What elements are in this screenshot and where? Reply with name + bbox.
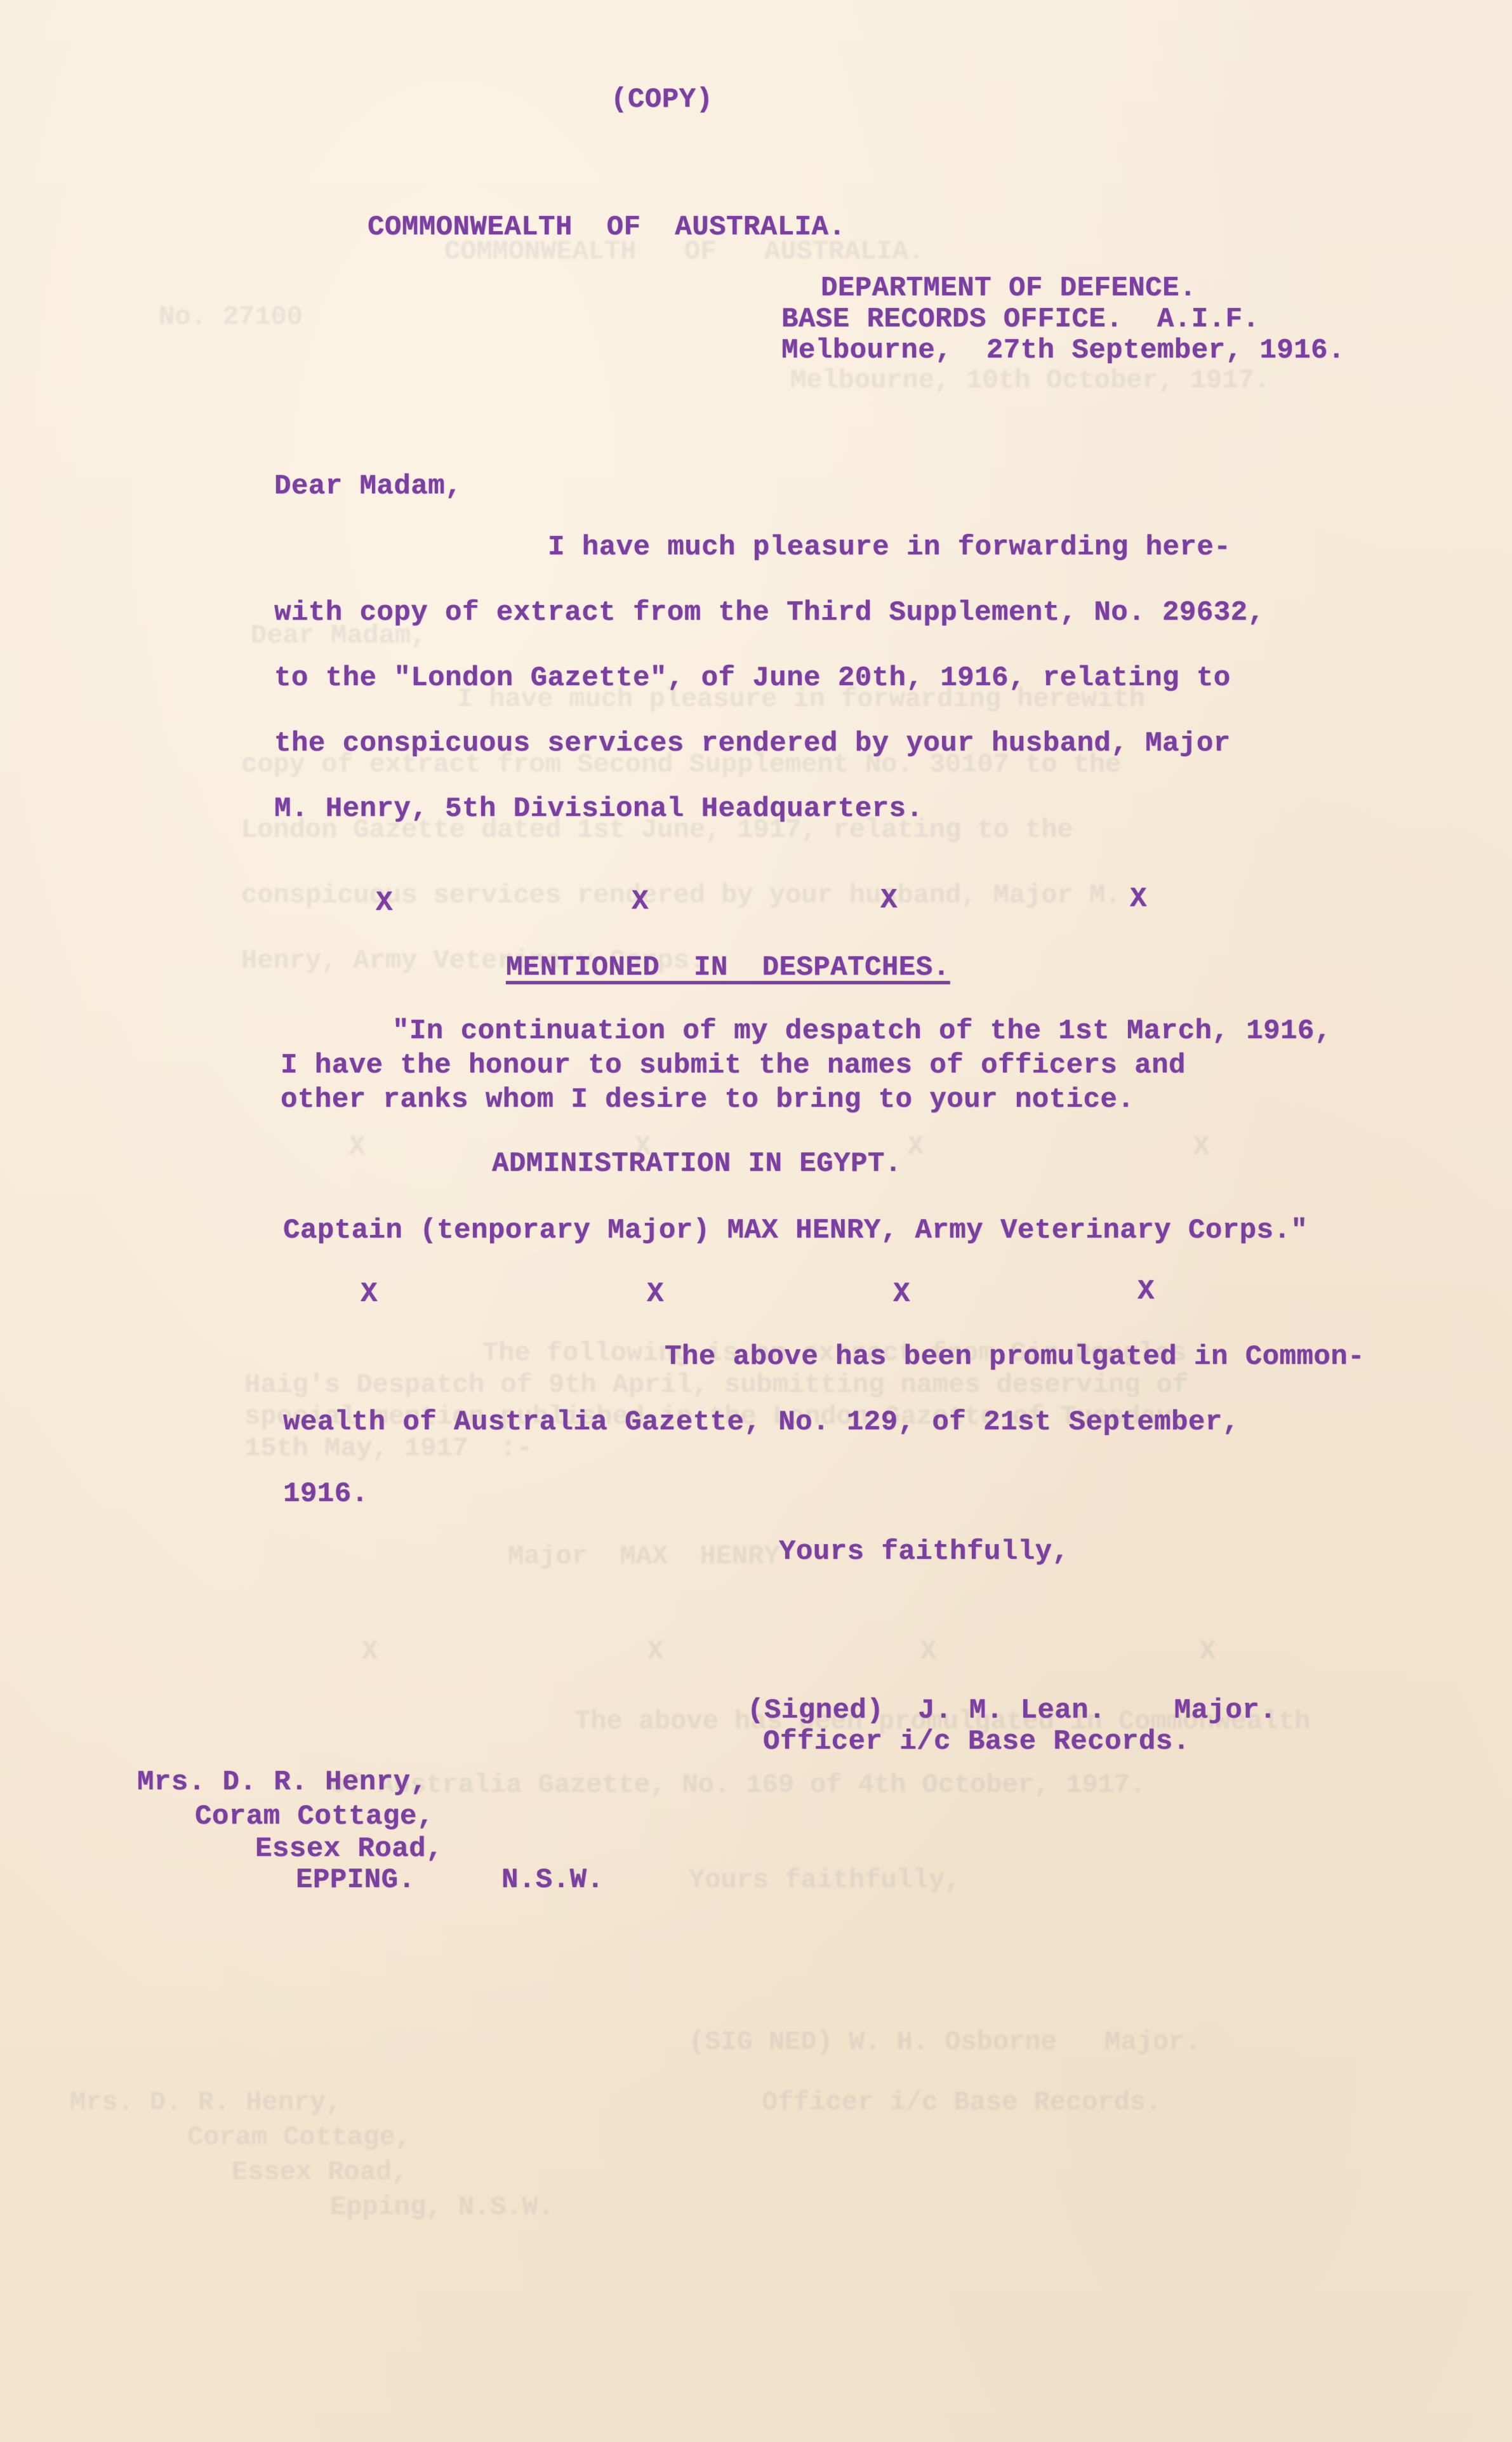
salutation: Dear Madam, <box>274 472 462 500</box>
section-heading: MENTIONED IN DESPATCHES. <box>506 954 950 982</box>
ghost-signed: (SIG NED) W. H. Osborne Major. <box>689 2029 1201 2055</box>
ghost-line-4: conspicuous services rendered by your hu… <box>241 882 1121 909</box>
quote-line-1: "In continuation of my despatch of the 1… <box>392 1017 1332 1045</box>
ghost-mark-1: X <box>349 1133 365 1160</box>
quote-line-2: I have the honour to submit the names of… <box>281 1051 1186 1079</box>
separator-mark: X <box>647 1280 664 1308</box>
separator-mark: X <box>1130 885 1147 913</box>
recipient-line-4: EPPING. <box>296 1866 415 1894</box>
recipient-state: N.S.W. <box>501 1866 604 1894</box>
ghost-mark-4: X <box>1193 1133 1209 1160</box>
recipient-line-2: Coram Cottage, <box>195 1803 434 1831</box>
letter-page: No. 27100 COMMONWEALTH OF AUSTRALIA. Mel… <box>0 0 1512 2442</box>
citation: Captain (tenporary Major) MAX HENRY, Arm… <box>283 1217 1308 1244</box>
ghost-mark-8: X <box>1200 1638 1216 1665</box>
letterhead-department: DEPARTMENT OF DEFENCE. <box>821 274 1197 302</box>
ghost-address-2: Coram Cottage, <box>187 2124 411 2151</box>
body-line-3: to the "London Gazette", of June 20th, 1… <box>274 664 1231 692</box>
separator-mark: X <box>361 1280 378 1308</box>
separator-mark: X <box>632 888 649 916</box>
ghost-title: Officer i/c Base Records. <box>762 2089 1162 2116</box>
ghost-mark-7: X <box>920 1638 936 1665</box>
ghost-address-4: Epping, N.S.W. <box>330 2194 554 2220</box>
separator-mark: X <box>376 889 393 917</box>
ghost-para2-2: Haig's Despatch of 9th April, submitting… <box>244 1371 1188 1398</box>
closing: Yours faithfully, <box>779 1538 1069 1566</box>
ghost-mark-5: X <box>362 1638 378 1665</box>
letterhead-office: BASE RECORDS OFFICE. A.I.F. <box>781 305 1259 333</box>
recipient-line-3: Essex Road, <box>255 1835 443 1863</box>
letterhead-place-date: Melbourne, 27th September, 1916. <box>781 337 1345 364</box>
recipient-name: Mrs. D. R. Henry, <box>137 1768 427 1796</box>
ghost-date: Melbourne, 10th October, 1917. <box>790 367 1270 394</box>
letterhead-country: COMMONWEALTH OF AUSTRALIA. <box>368 213 846 241</box>
ghost-mark-6: X <box>647 1638 663 1665</box>
body-line-5: M. Henry, 5th Divisional Headquarters. <box>274 795 923 823</box>
ghost-name-line: Major MAX HENRY <box>508 1543 779 1570</box>
separator-mark: X <box>880 886 898 914</box>
ghost-para3-2: of Australia Gazette, No. 169 of 4th Oct… <box>330 1771 1146 1798</box>
ghost-address-3: Essex Road, <box>232 2159 408 2185</box>
signature-line: (Signed) J. M. Lean. Major. <box>747 1697 1277 1725</box>
copy-label: (COPY) <box>611 86 713 114</box>
promulgation-line-1: The above has been promulgated in Common… <box>665 1343 1365 1371</box>
body-line-4: the conspicuous services rendered by you… <box>274 730 1231 757</box>
separator-mark: X <box>1137 1278 1155 1305</box>
promulgation-line-3: 1916. <box>283 1480 369 1508</box>
promulgation-line-2: wealth of Australia Gazette, No. 129, of… <box>283 1408 1240 1436</box>
ghost-ref-no: No. 27100 <box>159 304 303 330</box>
subheading: ADMINISTRATION IN EGYPT. <box>492 1150 902 1178</box>
ghost-address-1: Mrs. D. R. Henry, <box>70 2089 342 2116</box>
separator-mark: X <box>893 1280 910 1308</box>
ghost-para2-4: 15th May, 1917 :- <box>244 1435 533 1462</box>
signature-title: Officer i/c Base Records. <box>763 1728 1190 1756</box>
ghost-closing: Yours faithfully, <box>689 1867 960 1893</box>
quote-line-3: other ranks whom I desire to bring to yo… <box>281 1086 1134 1114</box>
body-line-1: I have much pleasure in forwarding here- <box>548 533 1231 561</box>
ghost-mark-3: X <box>908 1133 924 1160</box>
body-line-2: with copy of extract from the Third Supp… <box>274 599 1264 627</box>
